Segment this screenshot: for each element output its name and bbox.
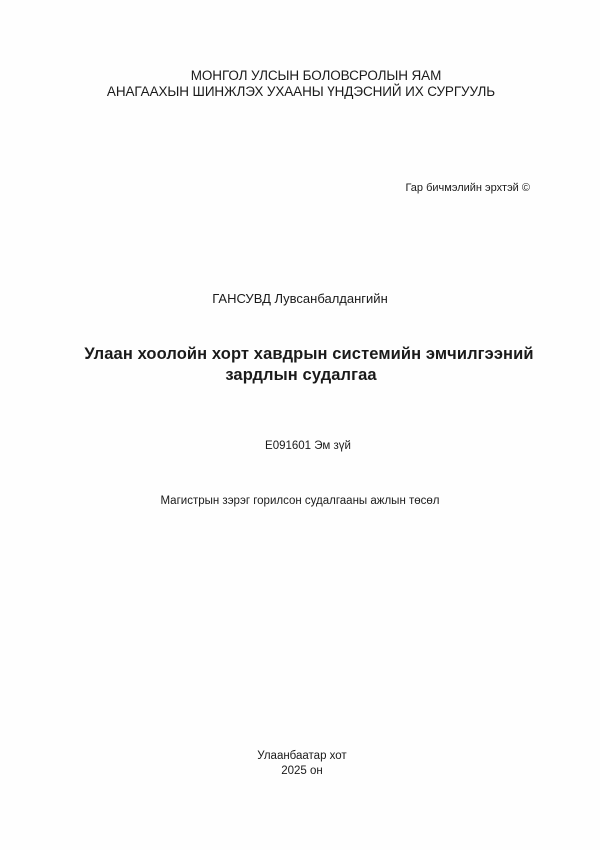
place: Улаанбаатар хот bbox=[2, 749, 600, 764]
university-name: АНАГААХЫН ШИНЖЛЭХ УХААНЫ ҮНДЭСНИЙ ИХ СУР… bbox=[0, 84, 600, 100]
thesis-title-line-1: Улаан хоолойн хорт хавдрын системийн эмч… bbox=[0, 344, 600, 365]
year: 2025 он bbox=[2, 764, 600, 779]
thesis-title-line-2: зардлын судалгаа bbox=[0, 365, 600, 386]
program-code: E091601 Эм зүй bbox=[0, 439, 600, 453]
thesis-title: Улаан хоолойн хорт хавдрын системийн эмч… bbox=[0, 344, 600, 386]
ministry-name: МОНГОЛ УЛСЫН БОЛОВСРОЛЫН ЯАМ bbox=[0, 68, 600, 84]
place-and-year: Улаанбаатар хот 2025 он bbox=[0, 749, 600, 779]
degree-description: Магистрын зэрэг горилсон судалгааны ажлы… bbox=[0, 494, 600, 508]
author-name: ГАНСУВД Лувсанбалдангийн bbox=[0, 291, 600, 307]
institution-header: МОНГОЛ УЛСЫН БОЛОВСРОЛЫН ЯАМ АНАГААХЫН Ш… bbox=[0, 68, 600, 100]
document-page: МОНГОЛ УЛСЫН БОЛОВСРОЛЫН ЯАМ АНАГААХЫН Ш… bbox=[0, 0, 600, 850]
copyright-notice: Гар бичмэлийн эрхтэй © bbox=[405, 181, 530, 195]
